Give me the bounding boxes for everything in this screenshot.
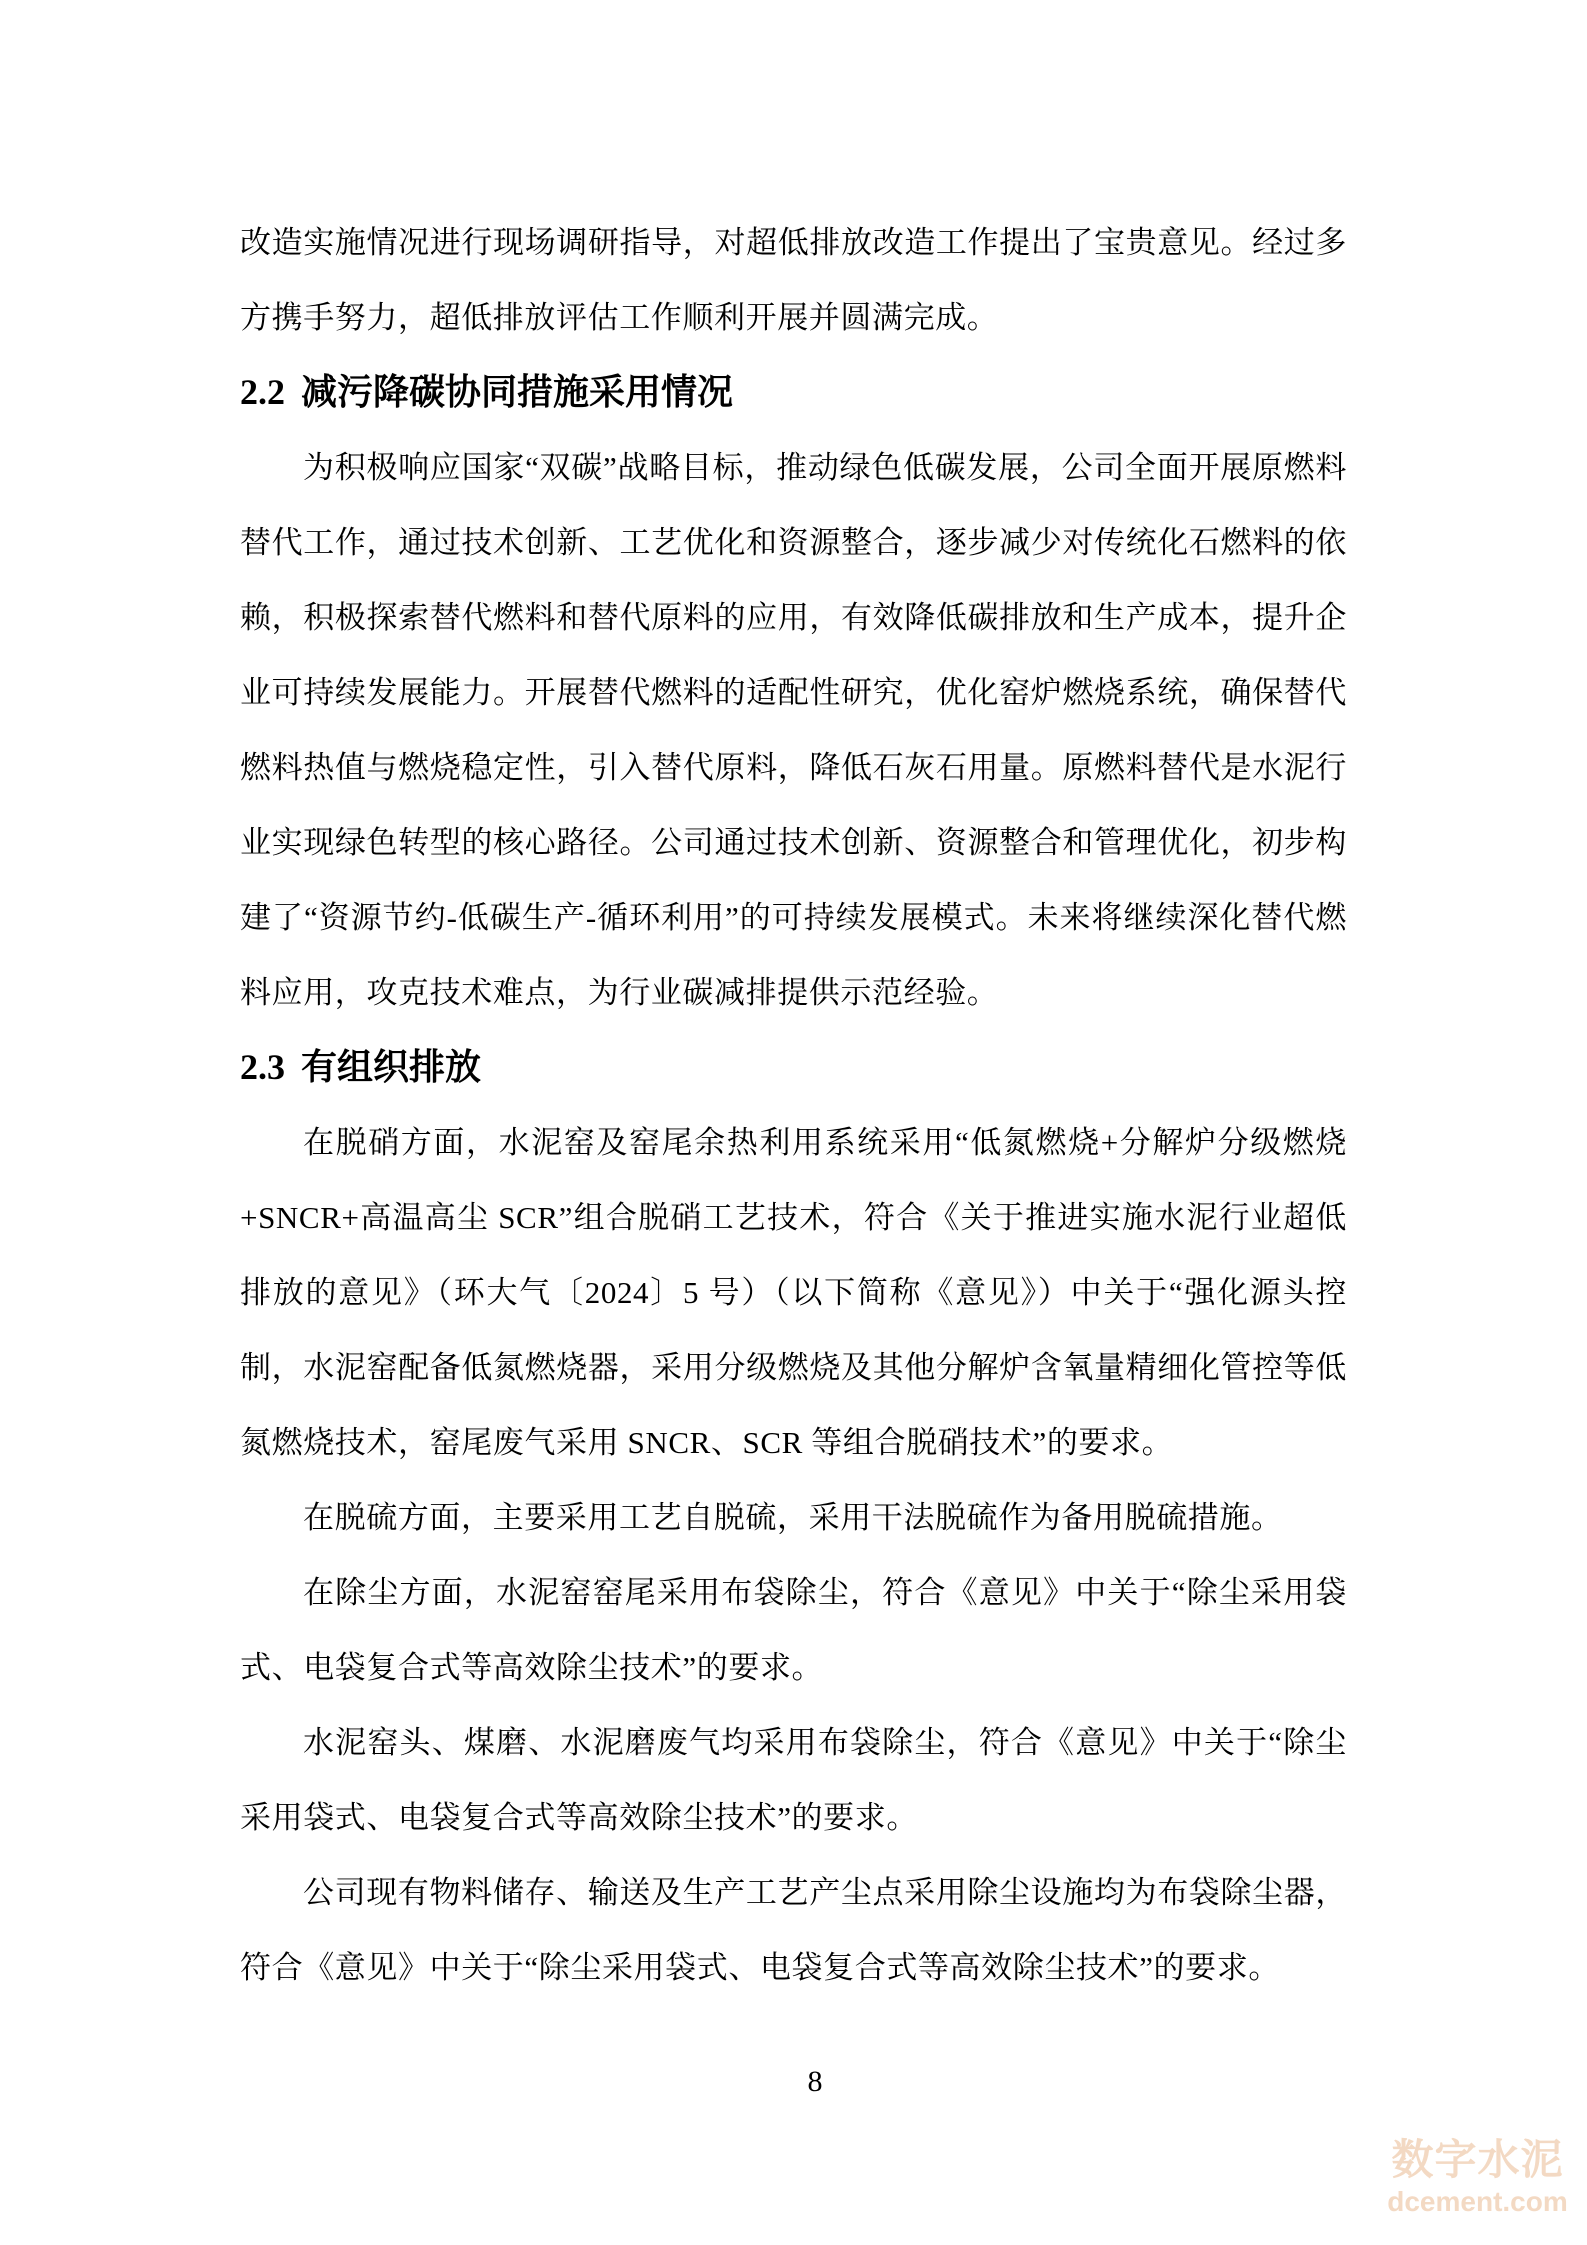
body-paragraph: 水泥窑头、煤磨、水泥磨废气均采用布袋除尘，符合《意见》中关于“除尘采用袋式、电袋…: [240, 1705, 1347, 1855]
section-heading-2.3: 2.3有组织排放: [240, 1030, 1347, 1105]
body-paragraph: 在脱硝方面，水泥窑及窑尾余热利用系统采用“低氮燃烧+分解炉分级燃烧+SNCR+高…: [240, 1105, 1347, 1480]
section-title: 有组织排放: [301, 1047, 481, 1087]
watermark: 数字水泥 dcement.com: [1385, 2136, 1570, 2219]
body-paragraph: 在脱硫方面，主要采用工艺自脱硫，采用干法脱硫作为备用脱硫措施。: [240, 1480, 1347, 1555]
document-content: 改造实施情况进行现场调研指导，对超低排放改造工作提出了宝贵意见。经过多方携手努力…: [240, 205, 1347, 2005]
body-paragraph: 在除尘方面，水泥窑窑尾采用布袋除尘，符合《意见》中关于“除尘采用袋式、电袋复合式…: [240, 1555, 1347, 1705]
watermark-brand-text: 数字水泥: [1385, 2136, 1570, 2184]
body-paragraph: 公司现有物料储存、输送及生产工艺产尘点采用除尘设施均为布袋除尘器，符合《意见》中…: [240, 1855, 1347, 2005]
page-footer: 8: [240, 2062, 1390, 2102]
page-number: 8: [808, 2065, 823, 2098]
body-paragraph: 为积极响应国家“双碳”战略目标，推动绿色低碳发展，公司全面开展原燃料替代工作，通…: [240, 430, 1347, 1030]
section-number: 2.2: [240, 372, 285, 412]
section-number: 2.3: [240, 1047, 285, 1087]
watermark-domain-text: dcement.com: [1385, 2184, 1570, 2219]
section-heading-2.2: 2.2减污降碳协同措施采用情况: [240, 355, 1347, 430]
document-page: 改造实施情况进行现场调研指导，对超低排放改造工作提出了宝贵意见。经过多方携手努力…: [0, 0, 1587, 2245]
section-title: 减污降碳协同措施采用情况: [301, 372, 733, 412]
body-paragraph: 改造实施情况进行现场调研指导，对超低排放改造工作提出了宝贵意见。经过多方携手努力…: [240, 205, 1347, 355]
